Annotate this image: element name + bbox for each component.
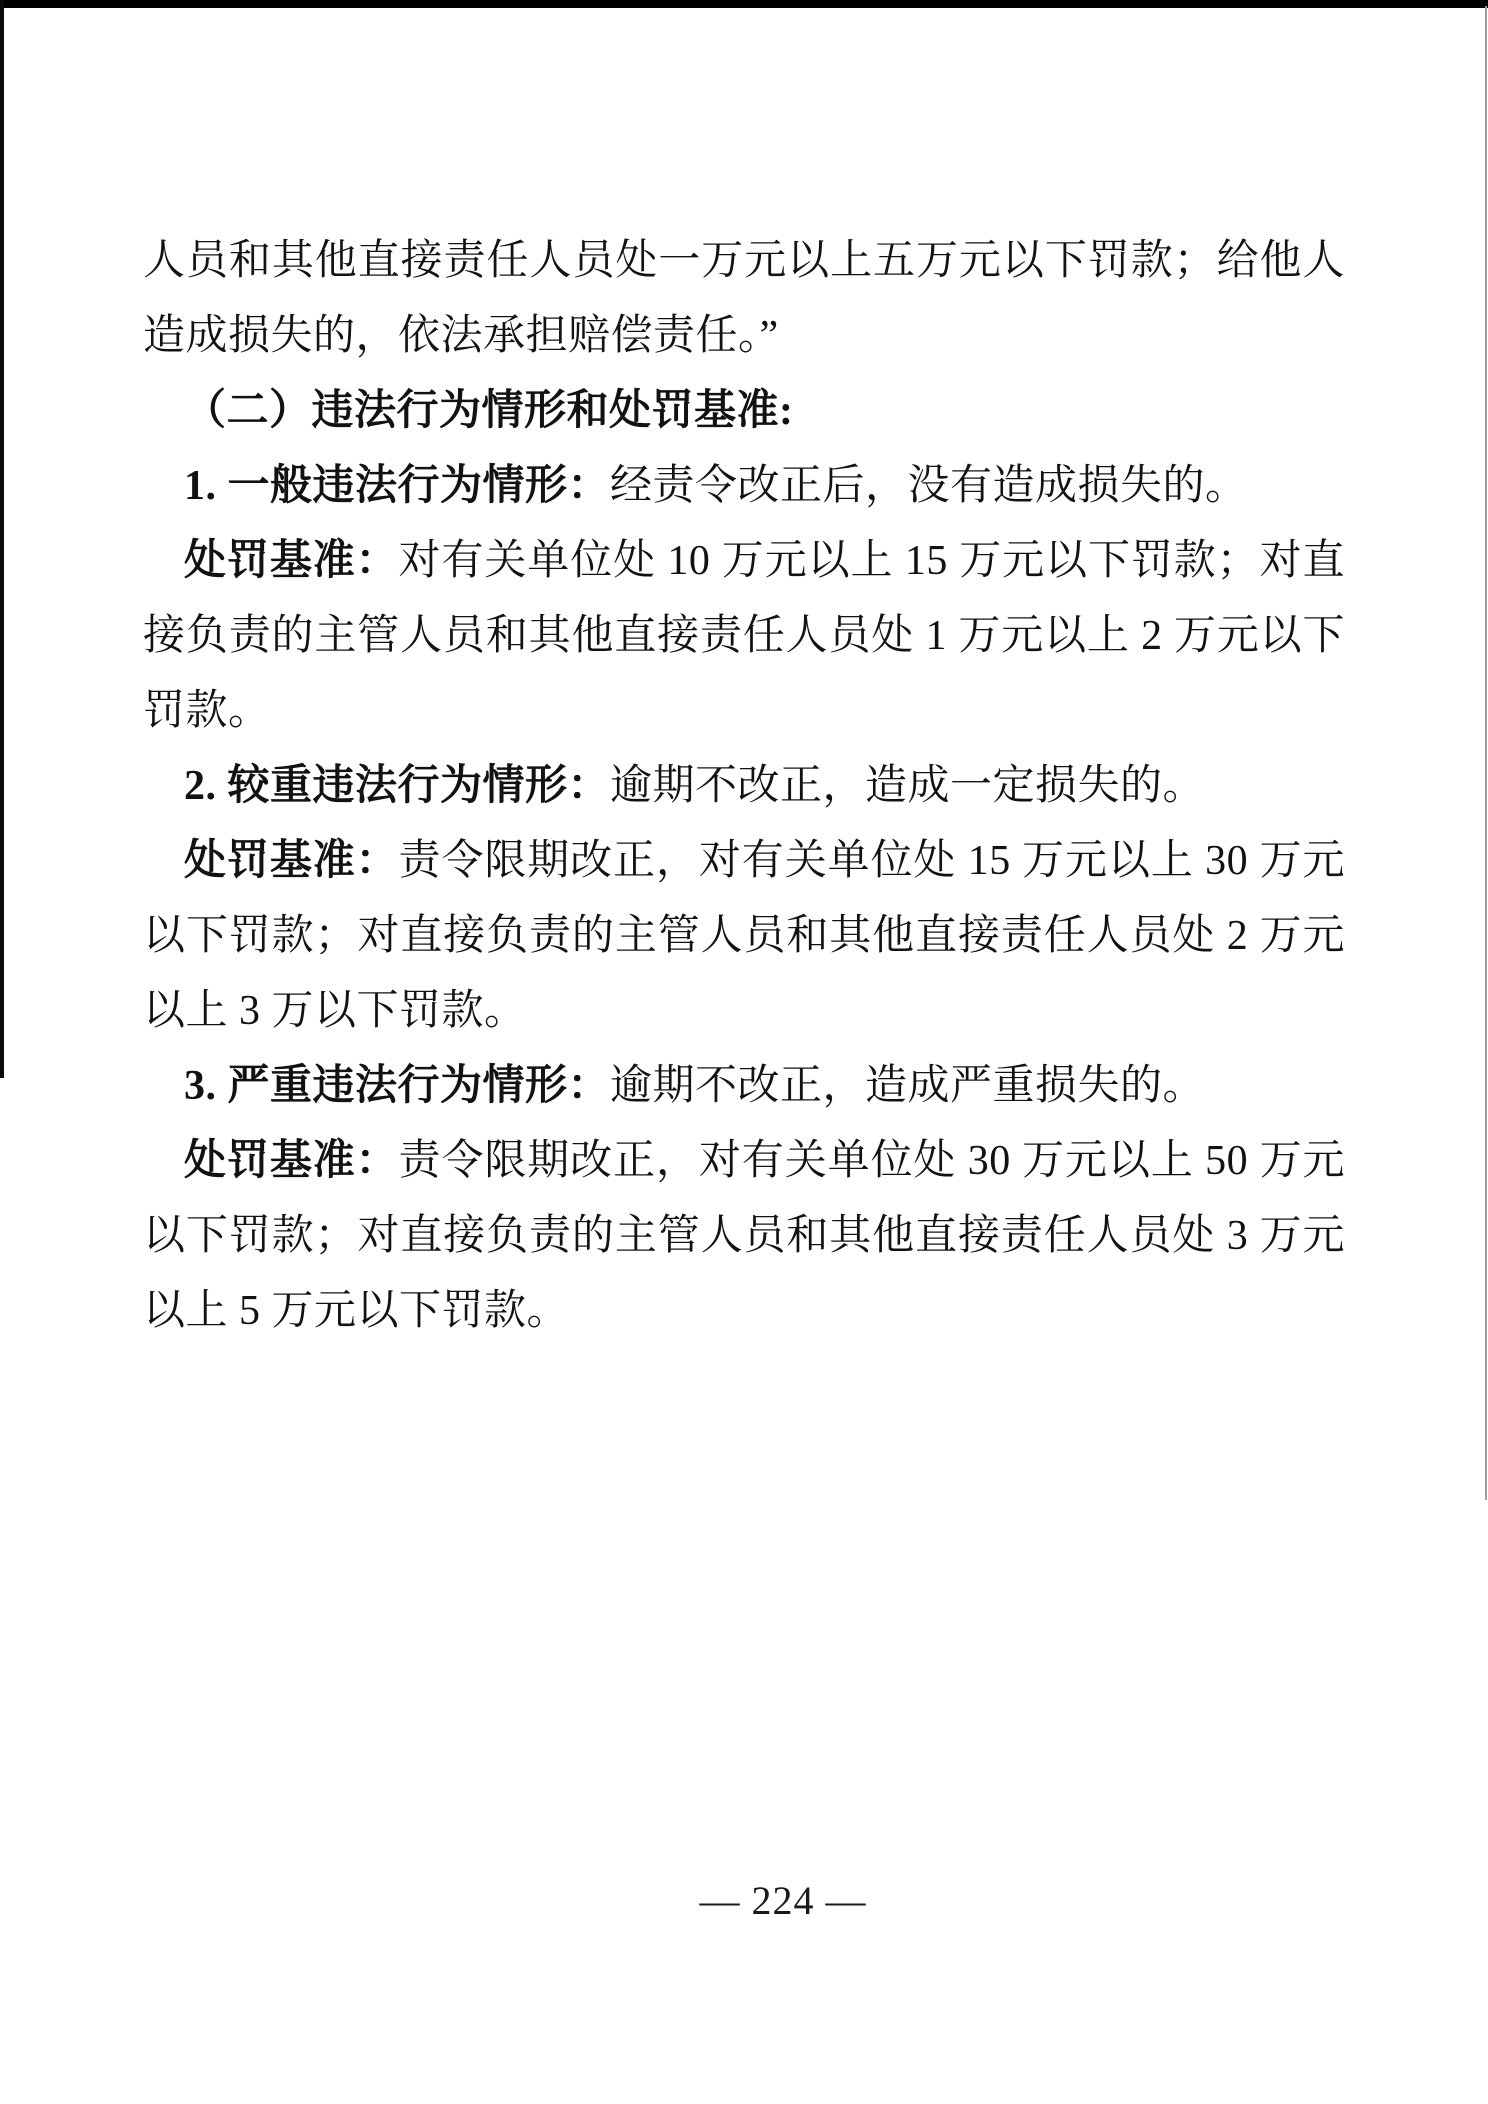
penalty-standard-label: 处罚基准： [184, 838, 399, 884]
scan-artifact-right-edge [1485, 6, 1487, 1500]
scan-artifact-left-edge [0, 0, 4, 1078]
penalty-standard-label: 处罚基准： [184, 1138, 399, 1184]
section-heading: （二）违法行为情形和处罚基准: [143, 374, 1345, 449]
section-heading-label: （二）违法行为情形和处罚基准: [184, 388, 794, 434]
item-3-scenario-paragraph: 3. 严重违法行为情形：逾期不改正，造成严重损失的。 [143, 1049, 1345, 1124]
item-3-penalty-paragraph: 处罚基准：责令限期改正，对有关单位处 30 万元以上 50 万元以下罚款；对直接… [143, 1124, 1345, 1349]
document-page: 人员和其他直接责任人员处一万元以上五万元以下罚款；给他人造成损失的，依法承担赔偿… [0, 0, 1488, 2104]
item-2-penalty-paragraph: 处罚基准：责令限期改正，对有关单位处 15 万元以上 30 万元以下罚款；对直接… [143, 824, 1345, 1049]
paragraph-text: 逾期不改正，造成一定损失的。 [610, 763, 1205, 809]
item-2-scenario-label: 2. 较重违法行为情形： [184, 763, 610, 809]
penalty-standard-label: 处罚基准： [184, 538, 399, 584]
item-1-scenario-paragraph: 1. 一般违法行为情形：经责令改正后，没有造成损失的。 [143, 449, 1345, 524]
paragraph-text: 经责令改正后，没有造成损失的。 [610, 463, 1248, 509]
item-1-scenario-label: 1. 一般违法行为情形： [184, 463, 610, 509]
document-body-text: 人员和其他直接责任人员处一万元以上五万元以下罚款；给他人造成损失的，依法承担赔偿… [143, 224, 1345, 1349]
item-1-penalty-paragraph: 处罚基准：对有关单位处 10 万元以上 15 万元以下罚款；对直接负责的主管人员… [143, 524, 1345, 749]
page-number: — 224 — [39, 1876, 1488, 1926]
item-3-scenario-label: 3. 严重违法行为情形： [184, 1063, 610, 1109]
paragraph-text: 逾期不改正，造成严重损失的。 [610, 1063, 1205, 1109]
paragraph-continuation: 人员和其他直接责任人员处一万元以上五万元以下罚款；给他人造成损失的，依法承担赔偿… [143, 224, 1345, 374]
paragraph-text: 人员和其他直接责任人员处一万元以上五万元以下罚款；给他人造成损失的，依法承担赔偿… [143, 238, 1345, 359]
scan-artifact-top-edge [0, 0, 1488, 8]
item-2-scenario-paragraph: 2. 较重违法行为情形：逾期不改正，造成一定损失的。 [143, 749, 1345, 824]
